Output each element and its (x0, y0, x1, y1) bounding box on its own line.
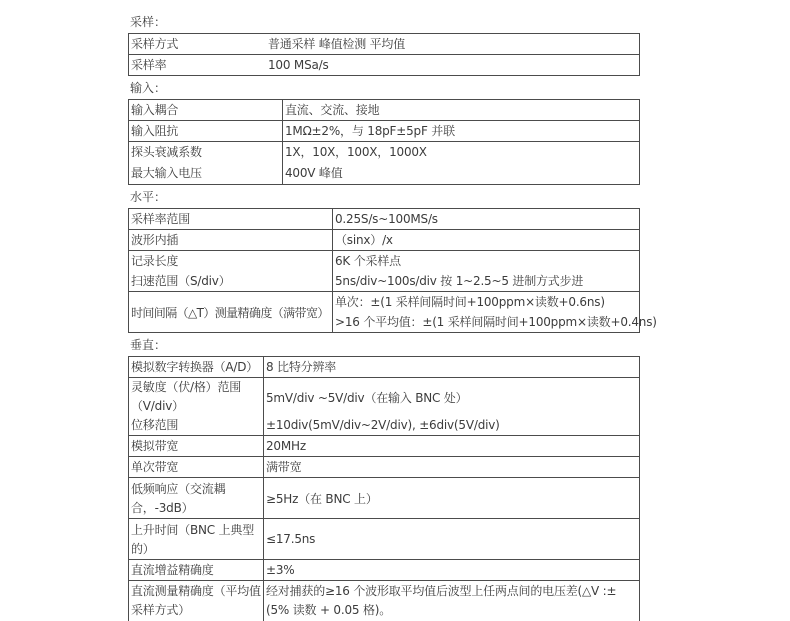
section-sampling: 采样： 采样方式 普通采样 峰值检测 平均值 采样率 100 MSa/s (128, 16, 790, 76)
row-value-line: 5mV/div ~5V/div（在输入 BNC 处） (266, 378, 637, 416)
section-title: 水平： (130, 191, 790, 204)
row-label: 灵敏度（伏/格）范围（V/div） 位移范围 (129, 378, 264, 435)
row-value: 普通采样 峰值检测 平均值 (266, 34, 639, 54)
row-value: 满带宽 (264, 457, 639, 477)
row-value-line: 5ns/div~100s/div 按 1~2.5~5 进制方式步进 (335, 271, 637, 291)
section-input: 输入： 输入耦合 直流、交流、接地 输入阻抗 1MΩ±2%，与 18pF±5pF… (128, 82, 790, 185)
row-label: 时间间隔（△T）测量精确度（满带宽） (129, 292, 333, 332)
row-label-line: 探头衰减系数 (131, 142, 280, 163)
row-label: 单次带宽 (129, 457, 264, 477)
row-label: 波形内插 (129, 230, 333, 250)
section-title: 输入： (130, 82, 790, 95)
row-value-line: ±10div(5mV/div~2V/div), ±6div(5V/div) (266, 416, 637, 435)
spec-document: 采样： 采样方式 普通采样 峰值检测 平均值 采样率 100 MSa/s 输入：… (0, 0, 790, 621)
table-row: 时间间隔（△T）测量精确度（满带宽） 单次：±(1 采样间隔时间+100ppm×… (129, 292, 639, 332)
row-value-line: 400V 峰值 (285, 163, 637, 184)
row-label: 模拟数字转换器（A/D） (129, 357, 264, 377)
vertical-table: 模拟数字转换器（A/D） 8 比特分辨率 灵敏度（伏/格）范围（V/div） 位… (128, 356, 640, 621)
row-label: 采样率范围 (129, 209, 333, 229)
row-label: 采样率 (129, 55, 266, 75)
table-row: 直流增益精确度 ±3% (129, 560, 639, 581)
row-value: ≤17.5ns (264, 519, 639, 559)
row-value-line: 1X，10X，100X，1000X (285, 142, 637, 163)
row-value: 直流、交流、接地 (283, 100, 639, 120)
table-row: 低频响应（交流耦合，-3dB） ≥5Hz（在 BNC 上） (129, 478, 639, 519)
table-row: 采样率范围 0.25S/s~100MS/s (129, 209, 639, 230)
row-value: 5mV/div ~5V/div（在输入 BNC 处） ±10div(5mV/di… (264, 378, 639, 435)
row-label-line: 位移范围 (131, 416, 261, 435)
table-row: 输入阻抗 1MΩ±2%，与 18pF±5pF 并联 (129, 121, 639, 142)
table-row: 记录长度 扫速范围（S/div） 6K 个采样点 5ns/div~100s/di… (129, 251, 639, 292)
row-value: 100 MSa/s (266, 55, 639, 75)
row-value: 1X，10X，100X，1000X 400V 峰值 (283, 142, 639, 184)
row-label: 探头衰减系数 最大输入电压 (129, 142, 283, 184)
row-value: 8 比特分辨率 (264, 357, 639, 377)
row-value: ≥5Hz（在 BNC 上） (264, 478, 639, 518)
row-label-line: 灵敏度（伏/格）范围（V/div） (131, 378, 261, 416)
section-title: 垂直： (130, 339, 790, 352)
row-label: 输入阻抗 (129, 121, 283, 141)
table-row: 探头衰减系数 最大输入电压 1X，10X，100X，1000X 400V 峰值 (129, 142, 639, 184)
row-label-line: 扫速范围（S/div） (131, 271, 330, 291)
row-value: 经对捕获的≥16 个波形取平均值后波型上任两点间的电压差(△V :±(5% 读数… (264, 581, 639, 621)
table-row: 单次带宽 满带宽 (129, 457, 639, 478)
section-title: 采样： (130, 16, 790, 29)
table-row: 波形内插 （sinx）/x (129, 230, 639, 251)
row-label: 上升时间（BNC 上典型的） (129, 519, 264, 559)
input-table: 输入耦合 直流、交流、接地 输入阻抗 1MΩ±2%，与 18pF±5pF 并联 … (128, 99, 640, 185)
row-label: 记录长度 扫速范围（S/div） (129, 251, 333, 291)
row-value: （sinx）/x (333, 230, 639, 250)
row-value-line: >16 个平均值：±(1 采样间隔时间+100ppm×读数+0.4ns) (335, 312, 637, 332)
row-value: 单次：±(1 采样间隔时间+100ppm×读数+0.6ns) >16 个平均值：… (333, 292, 639, 332)
table-row: 采样率 100 MSa/s (129, 55, 639, 75)
row-value: 20MHz (264, 436, 639, 456)
section-horizontal: 水平： 采样率范围 0.25S/s~100MS/s 波形内插 （sinx）/x … (128, 191, 790, 333)
table-row: 模拟带宽 20MHz (129, 436, 639, 457)
horizontal-table: 采样率范围 0.25S/s~100MS/s 波形内插 （sinx）/x 记录长度… (128, 208, 640, 333)
table-row: 直流测量精确度（平均值采样方式） 经对捕获的≥16 个波形取平均值后波型上任两点… (129, 581, 639, 621)
row-label-line: 最大输入电压 (131, 163, 280, 184)
row-label: 直流增益精确度 (129, 560, 264, 580)
row-value: 1MΩ±2%，与 18pF±5pF 并联 (283, 121, 639, 141)
row-value-line: 单次：±(1 采样间隔时间+100ppm×读数+0.6ns) (335, 292, 637, 312)
row-label: 模拟带宽 (129, 436, 264, 456)
row-value: ±3% (264, 560, 639, 580)
row-value: 0.25S/s~100MS/s (333, 209, 639, 229)
row-label: 低频响应（交流耦合，-3dB） (129, 478, 264, 518)
table-row: 上升时间（BNC 上典型的） ≤17.5ns (129, 519, 639, 560)
row-label: 直流测量精确度（平均值采样方式） (129, 581, 264, 621)
table-row: 灵敏度（伏/格）范围（V/div） 位移范围 5mV/div ~5V/div（在… (129, 378, 639, 436)
table-row: 采样方式 普通采样 峰值检测 平均值 (129, 34, 639, 55)
row-label-line: 记录长度 (131, 251, 330, 271)
table-row: 输入耦合 直流、交流、接地 (129, 100, 639, 121)
sampling-table: 采样方式 普通采样 峰值检测 平均值 采样率 100 MSa/s (128, 33, 640, 76)
row-label: 采样方式 (129, 34, 266, 54)
section-vertical: 垂直： 模拟数字转换器（A/D） 8 比特分辨率 灵敏度（伏/格）范围（V/di… (128, 339, 790, 621)
row-label: 输入耦合 (129, 100, 283, 120)
table-row: 模拟数字转换器（A/D） 8 比特分辨率 (129, 357, 639, 378)
row-value-line: 6K 个采样点 (335, 251, 637, 271)
row-value: 6K 个采样点 5ns/div~100s/div 按 1~2.5~5 进制方式步… (333, 251, 639, 291)
